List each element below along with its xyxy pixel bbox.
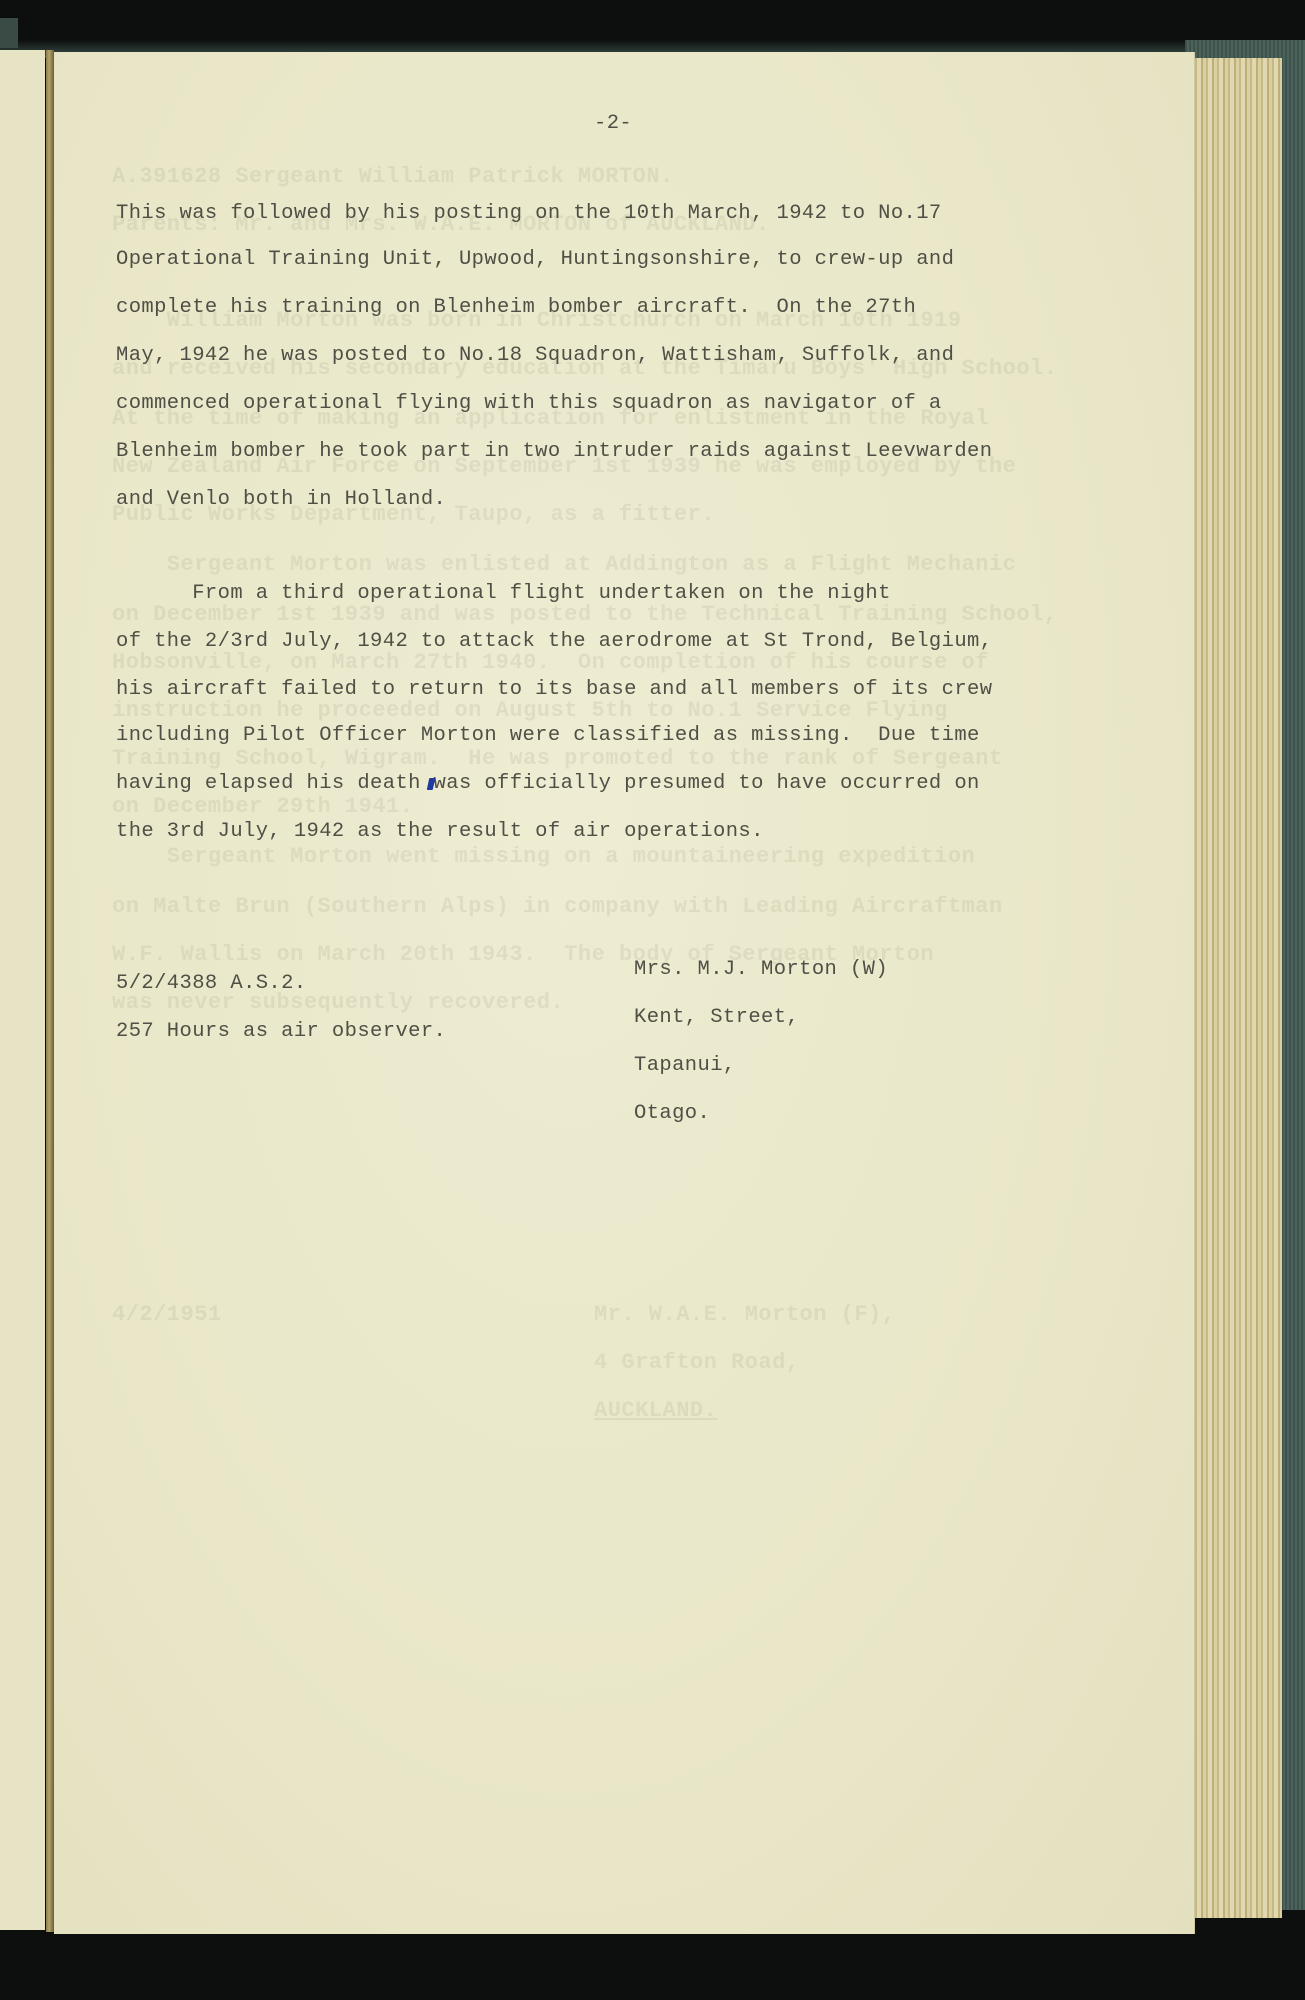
paragraph-2-line: the 3rd July, 1942 as the result of air …: [116, 820, 764, 843]
paragraph-1-line: Operational Training Unit, Upwood, Hunti…: [116, 248, 954, 271]
bleed-address-line: AUCKLAND.: [594, 1398, 717, 1423]
binding-gutter: [46, 50, 54, 1932]
paragraph-2-line: From a third operational flight undertak…: [116, 582, 891, 605]
bleed-line: Hobsonville, on March 27th 1940. On comp…: [112, 650, 989, 675]
document-page: A.391628 Sergeant William Patrick MORTON…: [54, 52, 1195, 1934]
file-reference: 5/2/4388 A.S.2.: [116, 972, 307, 995]
bleed-line: on December 1st 1939 and was posted to t…: [112, 602, 1057, 627]
paragraph-1-line: Blenheim bomber he took part in two intr…: [116, 440, 992, 463]
paragraph-2-line: his aircraft failed to return to its bas…: [116, 678, 992, 701]
flying-hours: 257 Hours as air observer.: [116, 1020, 446, 1043]
left-page-corner: [0, 18, 18, 48]
bleed-line: Sergeant Morton was enlisted at Addingto…: [112, 552, 1016, 577]
paragraph-1-line: May, 1942 he was posted to No.18 Squadro…: [116, 344, 954, 367]
bleed-line: on Malte Brun (Southern Alps) in company…: [112, 894, 1003, 919]
bleed-address-line: Mr. W.A.E. Morton (F),: [594, 1302, 895, 1327]
bleed-line: instruction he proceeded on August 5th t…: [112, 698, 948, 723]
paragraph-1-line: This was followed by his posting on the …: [116, 202, 942, 225]
next-of-kin-address-line: Otago.: [634, 1102, 710, 1125]
paragraph-1-line: complete his training on Blenheim bomber…: [116, 296, 916, 319]
next-of-kin-address-line: Tapanui,: [634, 1054, 736, 1077]
paragraph-2-line: of the 2/3rd July, 1942 to attack the ae…: [116, 630, 992, 653]
paragraph-1-line: and Venlo both in Holland.: [116, 488, 446, 511]
bleed-heading: A.391628 Sergeant William Patrick MORTON…: [112, 164, 674, 189]
bleed-line: Training School, Wigram. He was promoted…: [112, 746, 1003, 771]
bleed-date: 4/2/1951: [112, 1302, 222, 1327]
page-number: -2-: [594, 112, 632, 135]
bleed-line: Sergeant Morton went missing on a mounta…: [112, 844, 975, 869]
left-page-edge: [0, 50, 45, 1930]
bleed-line: on December 29th 1941.: [112, 794, 413, 819]
bleed-address-line: 4 Grafton Road,: [594, 1350, 800, 1375]
paragraph-2-line: having elapsed his death was officially …: [116, 772, 980, 795]
next-of-kin-address-line: Kent, Street,: [634, 1006, 799, 1029]
paragraph-1-line: commenced operational flying with this s…: [116, 392, 942, 415]
next-of-kin-name: Mrs. M.J. Morton (W): [634, 958, 888, 981]
paragraph-2-line: including Pilot Officer Morton were clas…: [116, 724, 980, 747]
page-stack-edges: [1192, 58, 1282, 1918]
